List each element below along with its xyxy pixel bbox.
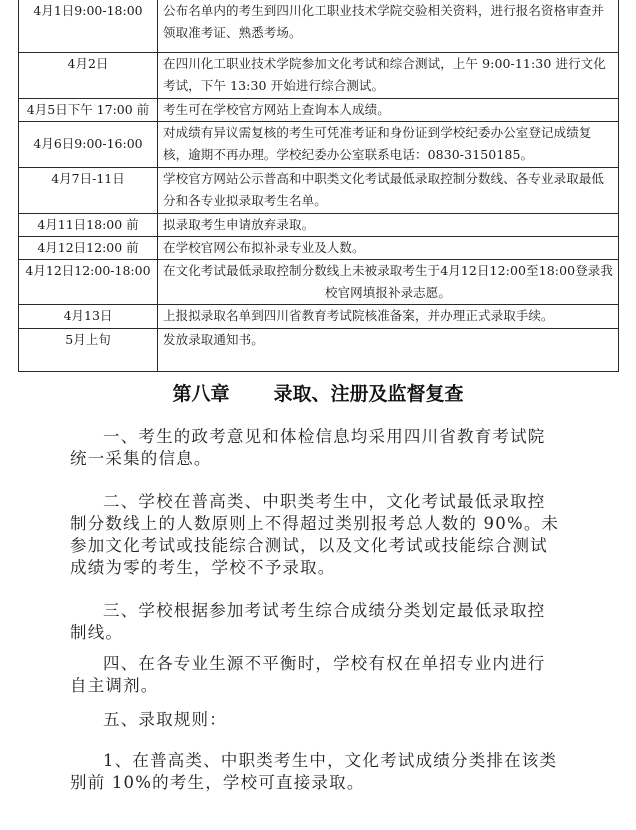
paragraph-1: 一、考生的政考意见和体检信息均采用四川省教育考试院统一采集的信息。 <box>70 426 562 470</box>
schedule-date-cell: 4月7日-11日 <box>19 167 158 213</box>
paragraph-5: 五、录取规则： <box>70 709 562 731</box>
paragraph-text: 1、在普高类、中职类考生中，文化考试成绩分类排在该类别前 10%的考生，学校可直… <box>70 750 562 794</box>
schedule-date-cell: 4月12日12:00-18:00 <box>19 259 158 304</box>
table-row: 4月5日下午 17:00 前 考生可在学校官方网站上查询本人成绩。 <box>19 98 619 121</box>
paragraph-text: 一、考生的政考意见和体检信息均采用四川省教育考试院统一采集的信息。 <box>70 426 562 470</box>
table-row: 4月7日-11日 学校官方网站公示普高和中职类文化考试最低录取控制分数线、各专业… <box>19 167 619 213</box>
schedule-date-cell: 4月6日9:00-16:00 <box>19 121 158 167</box>
schedule-date-cell: 4月13日 <box>19 304 158 328</box>
schedule-desc-cell: 上报拟录取名单到四川省教育考试院核准备案，并办理正式录取手续。 <box>158 304 619 328</box>
paragraph-4: 四、在各专业生源不平衡时，学校有权在单招专业内进行自主调剂。 <box>70 653 562 697</box>
paragraph-6: 1、在普高类、中职类考生中，文化考试成绩分类排在该类别前 10%的考生，学校可直… <box>70 750 562 794</box>
table-row: 4月2日 在四川化工职业技术学院参加文化考试和综合测试，上午 9:00-11:3… <box>19 52 619 98</box>
schedule-date-cell: 4月1日9:00-18:00 <box>19 0 158 52</box>
schedule-desc-cell: 对成绩有异议需复核的考生可凭准考证和身份证到学校纪委办公室登记成绩复核，逾期不再… <box>158 121 619 167</box>
table-row: 4月12日12:00-18:00 在文化考试最低录取控制分数线上未被录取考生于4… <box>19 259 619 304</box>
chapter-number: 第八章 <box>172 383 229 405</box>
schedule-desc-cell: 公布名单内的考生到四川化工职业技术学院交验相关资料，进行报名资格审查并领取准考证… <box>158 0 619 52</box>
schedule-desc-cell: 发放录取通知书。 <box>158 328 619 371</box>
schedule-date-cell: 5月上旬 <box>19 328 158 371</box>
document-page: 4月1日9:00-18:00 公布名单内的考生到四川化工职业技术学院交验相关资料… <box>0 0 636 830</box>
schedule-desc-cell: 学校官方网站公示普高和中职类文化考试最低录取控制分数线、各专业录取最低分和各专业… <box>158 167 619 213</box>
schedule-desc-cell: 在文化考试最低录取控制分数线上未被录取考生于4月12日12:00至18:00登录… <box>158 259 619 304</box>
paragraph-3: 三、学校根据参加考试考生综合成绩分类划定最低录取控制线。 <box>70 600 562 644</box>
table-row: 4月11日18:00 前 拟录取考生申请放弃录取。 <box>19 213 619 236</box>
paragraph-text: 三、学校根据参加考试考生综合成绩分类划定最低录取控制线。 <box>70 600 562 644</box>
paragraph-2: 二、学校在普高类、中职类考生中，文化考试最低录取控制分数线上的人数原则上不得超过… <box>70 491 562 579</box>
schedule-desc-cell: 考生可在学校官方网站上查询本人成绩。 <box>158 98 619 121</box>
chapter-title: 录取、注册及监督复查 <box>274 383 464 405</box>
schedule-desc-cell: 在学校官网公布拟补录专业及人数。 <box>158 236 619 259</box>
schedule-date-cell: 4月12日12:00 前 <box>19 236 158 259</box>
schedule-date-cell: 4月11日18:00 前 <box>19 213 158 236</box>
admission-schedule-table: 4月1日9:00-18:00 公布名单内的考生到四川化工职业技术学院交验相关资料… <box>18 0 619 372</box>
paragraph-text: 四、在各专业生源不平衡时，学校有权在单招专业内进行自主调剂。 <box>70 653 562 697</box>
chapter-heading: 第八章录取、注册及监督复查 <box>0 379 636 406</box>
schedule-desc-cell: 在四川化工职业技术学院参加文化考试和综合测试，上午 9:00-11:30 进行文… <box>158 52 619 98</box>
table-row: 4月12日12:00 前 在学校官网公布拟补录专业及人数。 <box>19 236 619 259</box>
schedule-date-cell: 4月5日下午 17:00 前 <box>19 98 158 121</box>
table-row: 4月6日9:00-16:00 对成绩有异议需复核的考生可凭准考证和身份证到学校纪… <box>19 121 619 167</box>
schedule-date-cell: 4月2日 <box>19 52 158 98</box>
paragraph-text: 二、学校在普高类、中职类考生中，文化考试最低录取控制分数线上的人数原则上不得超过… <box>70 491 562 579</box>
paragraph-text: 五、录取规则： <box>70 709 562 731</box>
table-row: 4月1日9:00-18:00 公布名单内的考生到四川化工职业技术学院交验相关资料… <box>19 0 619 52</box>
schedule-desc-cell: 拟录取考生申请放弃录取。 <box>158 213 619 236</box>
table-row: 5月上旬 发放录取通知书。 <box>19 328 619 371</box>
table-row: 4月13日 上报拟录取名单到四川省教育考试院核准备案，并办理正式录取手续。 <box>19 304 619 328</box>
